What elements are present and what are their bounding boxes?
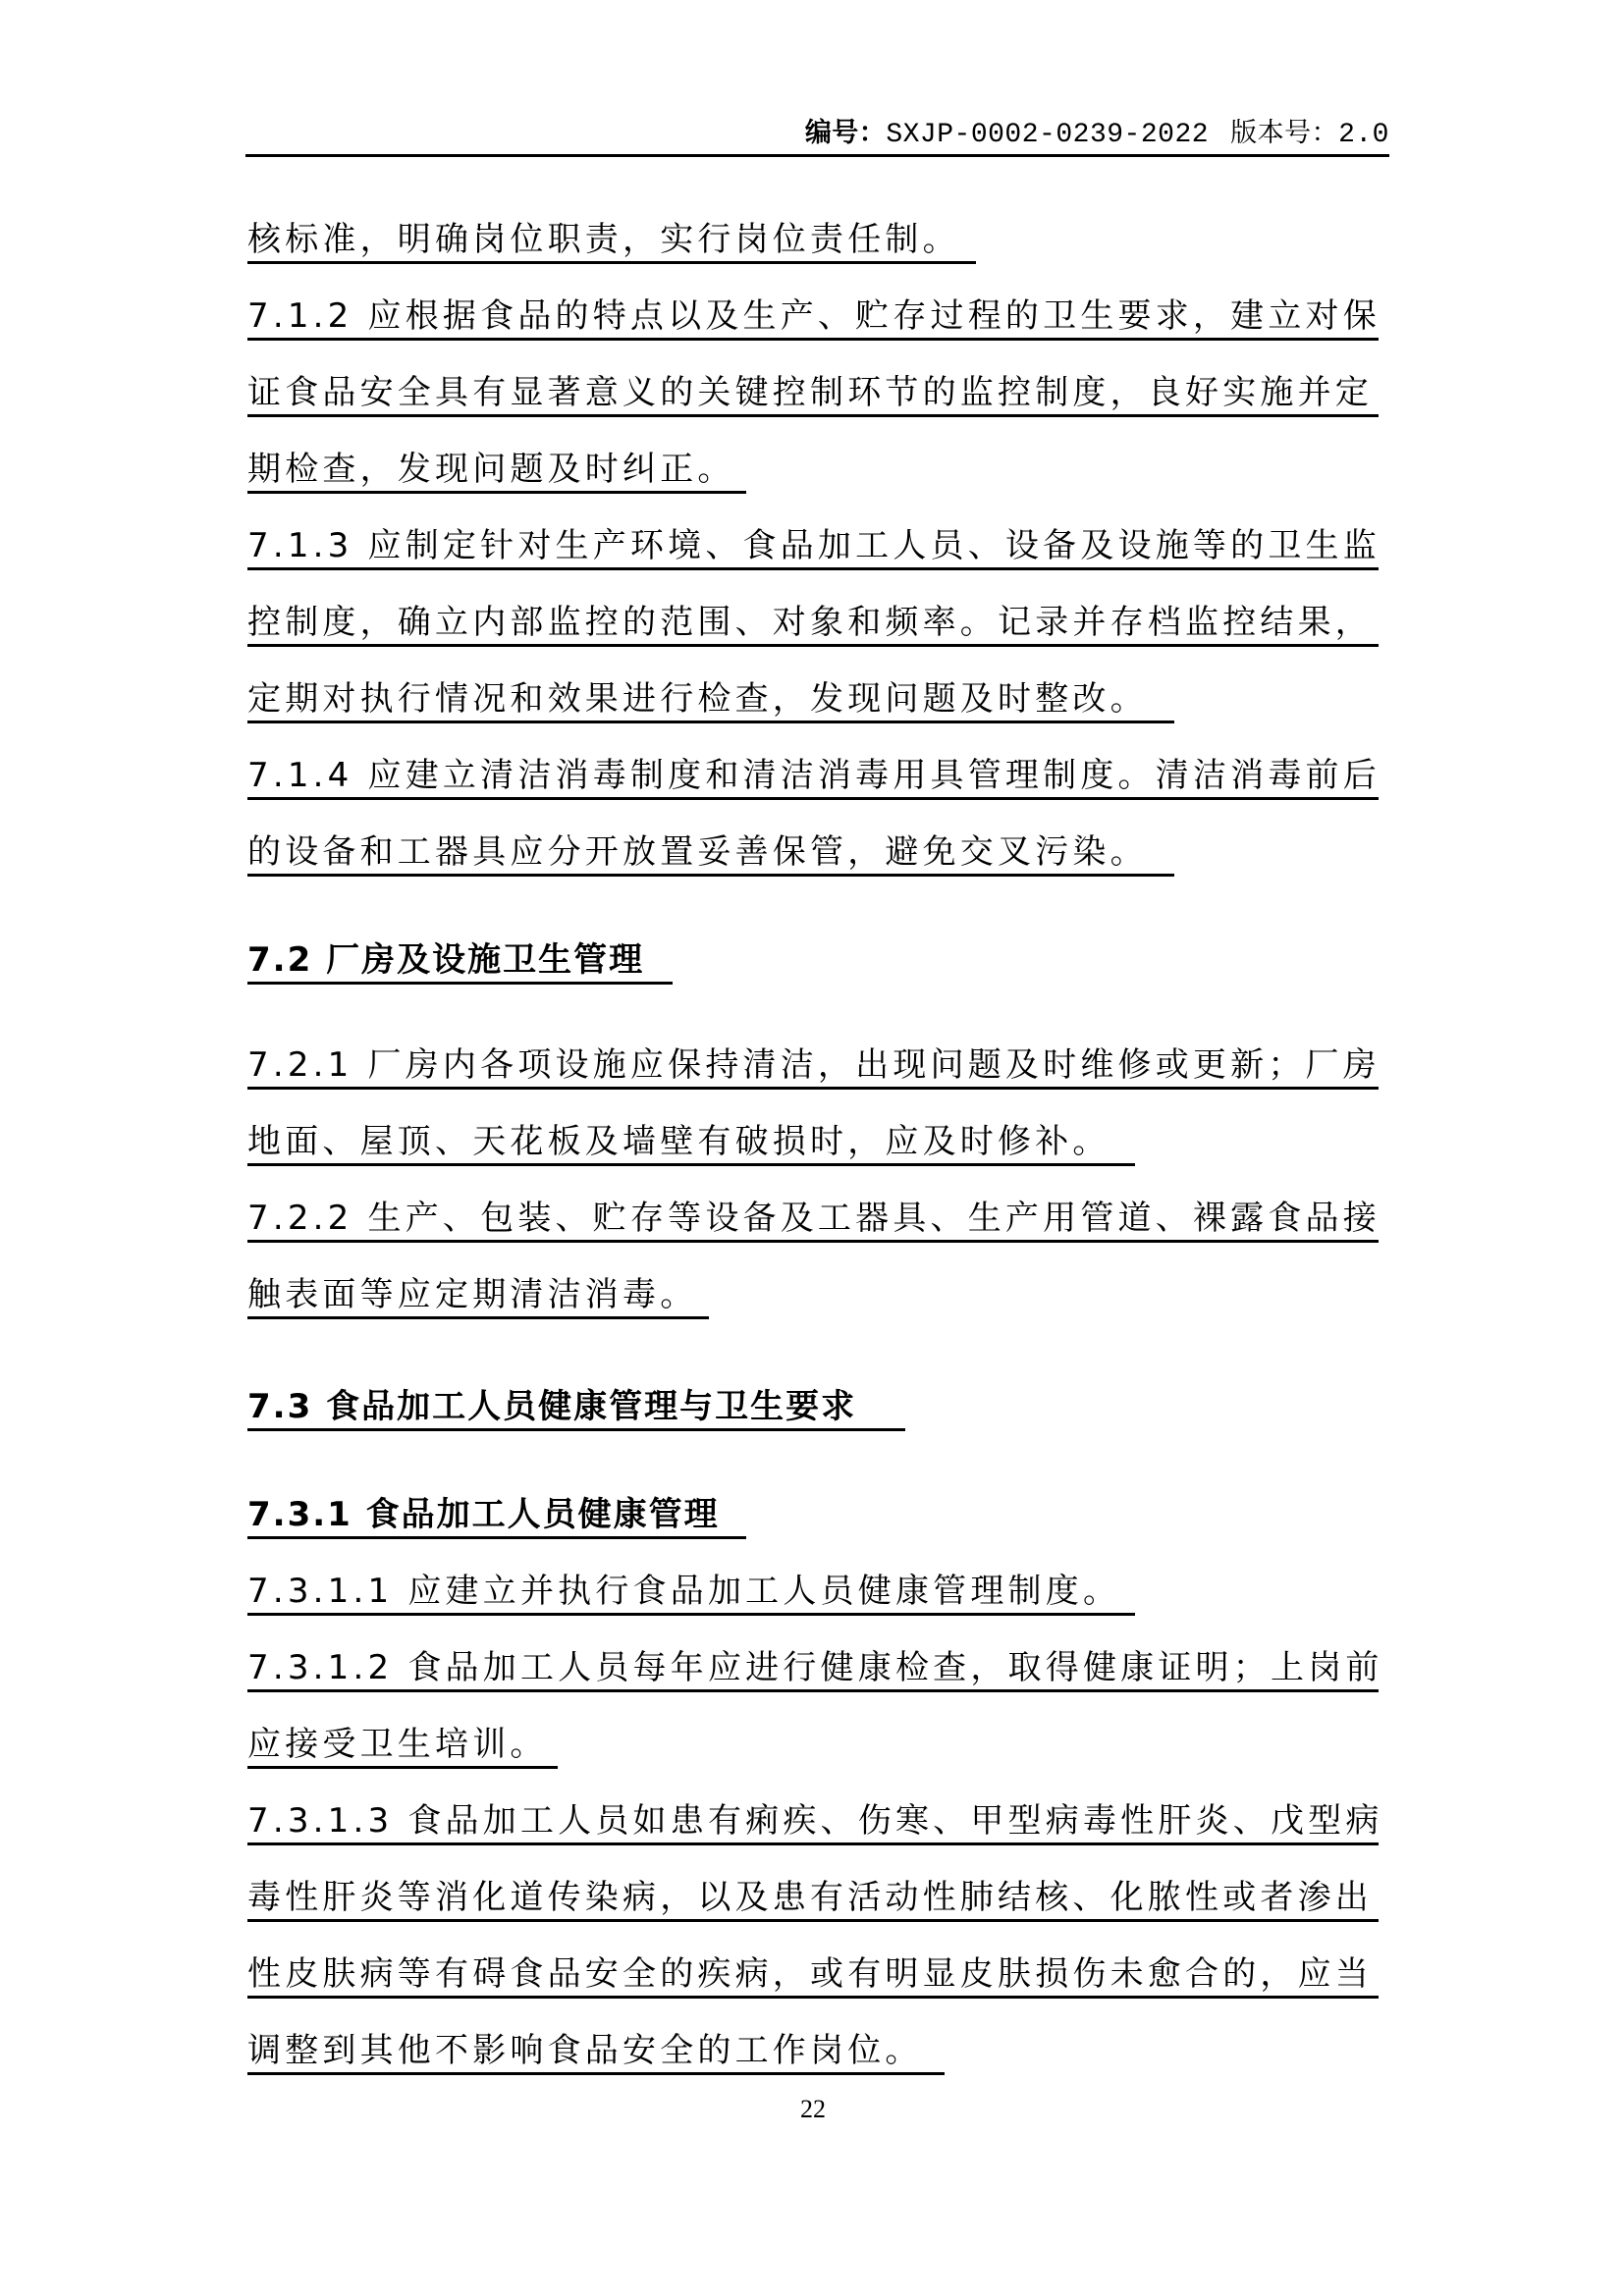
paragraph-line: 毒性肝炎等消化道传染病，以及患有活动性肺结核、化脓性或者渗出	[247, 1878, 1379, 1922]
paragraph-line: 7.2.1 厂房内各项设施应保持清洁，出现问题及时维修或更新；厂房	[247, 1045, 1379, 1090]
page-number: 22	[785, 2095, 840, 2124]
paragraph-line: 核标准，明确岗位职责，实行岗位责任制。	[247, 220, 976, 264]
paragraph-line: 调整到其他不影响食品安全的工作岗位。	[247, 2031, 945, 2075]
document-header: 编号：SXJP-0002-0239-2022版本号：2.0	[245, 116, 1389, 157]
paragraph-line: 7.1.2 应根据食品的特点以及生产、贮存过程的卫生要求，建立对保	[247, 296, 1379, 341]
paragraph-line: 控制度，确立内部监控的范围、对象和频率。记录并存档监控结果，	[247, 603, 1379, 647]
paragraph-line: 证食品安全具有显著意义的关键控制环节的监控制度，良好实施并定	[247, 373, 1379, 417]
paragraph-line: 7.3.1.2 食品加工人员每年应进行健康检查，取得健康证明；上岗前	[247, 1648, 1379, 1692]
paragraph-line: 7.2.2 生产、包装、贮存等设备及工器具、生产用管道、裸露食品接	[247, 1199, 1379, 1243]
header-divider	[245, 154, 1389, 157]
section-heading: 7.2 厂房及设施卫生管理	[247, 940, 673, 985]
paragraph-line: 应接受卫生培训。	[247, 1725, 558, 1769]
section-heading: 7.3.1 食品加工人员健康管理	[247, 1495, 746, 1539]
section-heading: 7.3 食品加工人员健康管理与卫生要求	[247, 1387, 905, 1431]
version-label: 版本号：	[1230, 118, 1338, 148]
paragraph-line: 7.3.1.3 食品加工人员如患有痢疾、伤寒、甲型病毒性肝炎、戊型病	[247, 1801, 1379, 1845]
document-number-label: 编号：	[805, 118, 887, 148]
paragraph-line: 地面、屋顶、天花板及墙壁有破损时，应及时修补。	[247, 1122, 1135, 1166]
paragraph-line: 7.3.1.1 应建立并执行食品加工人员健康管理制度。	[247, 1572, 1135, 1616]
version-number: 2.0	[1338, 120, 1389, 150]
paragraph-line: 期检查，发现问题及时纠正。	[247, 450, 746, 494]
document-number: SXJP-0002-0239-2022	[886, 120, 1209, 150]
paragraph-line: 触表面等应定期清洁消毒。	[247, 1275, 709, 1319]
paragraph-line: 的设备和工器具应分开放置妥善保管，避免交叉污染。	[247, 832, 1174, 877]
paragraph-line: 定期对执行情况和效果进行检查，发现问题及时整改。	[247, 679, 1174, 723]
paragraph-line: 性皮肤病等有碍食品安全的疾病，或有明显皮肤损伤未愈合的，应当	[247, 1954, 1379, 1999]
paragraph-line: 7.1.3 应制定针对生产环境、食品加工人员、设备及设施等的卫生监	[247, 526, 1379, 570]
paragraph-line: 7.1.4 应建立清洁消毒制度和清洁消毒用具管理制度。清洁消毒前后	[247, 756, 1379, 800]
